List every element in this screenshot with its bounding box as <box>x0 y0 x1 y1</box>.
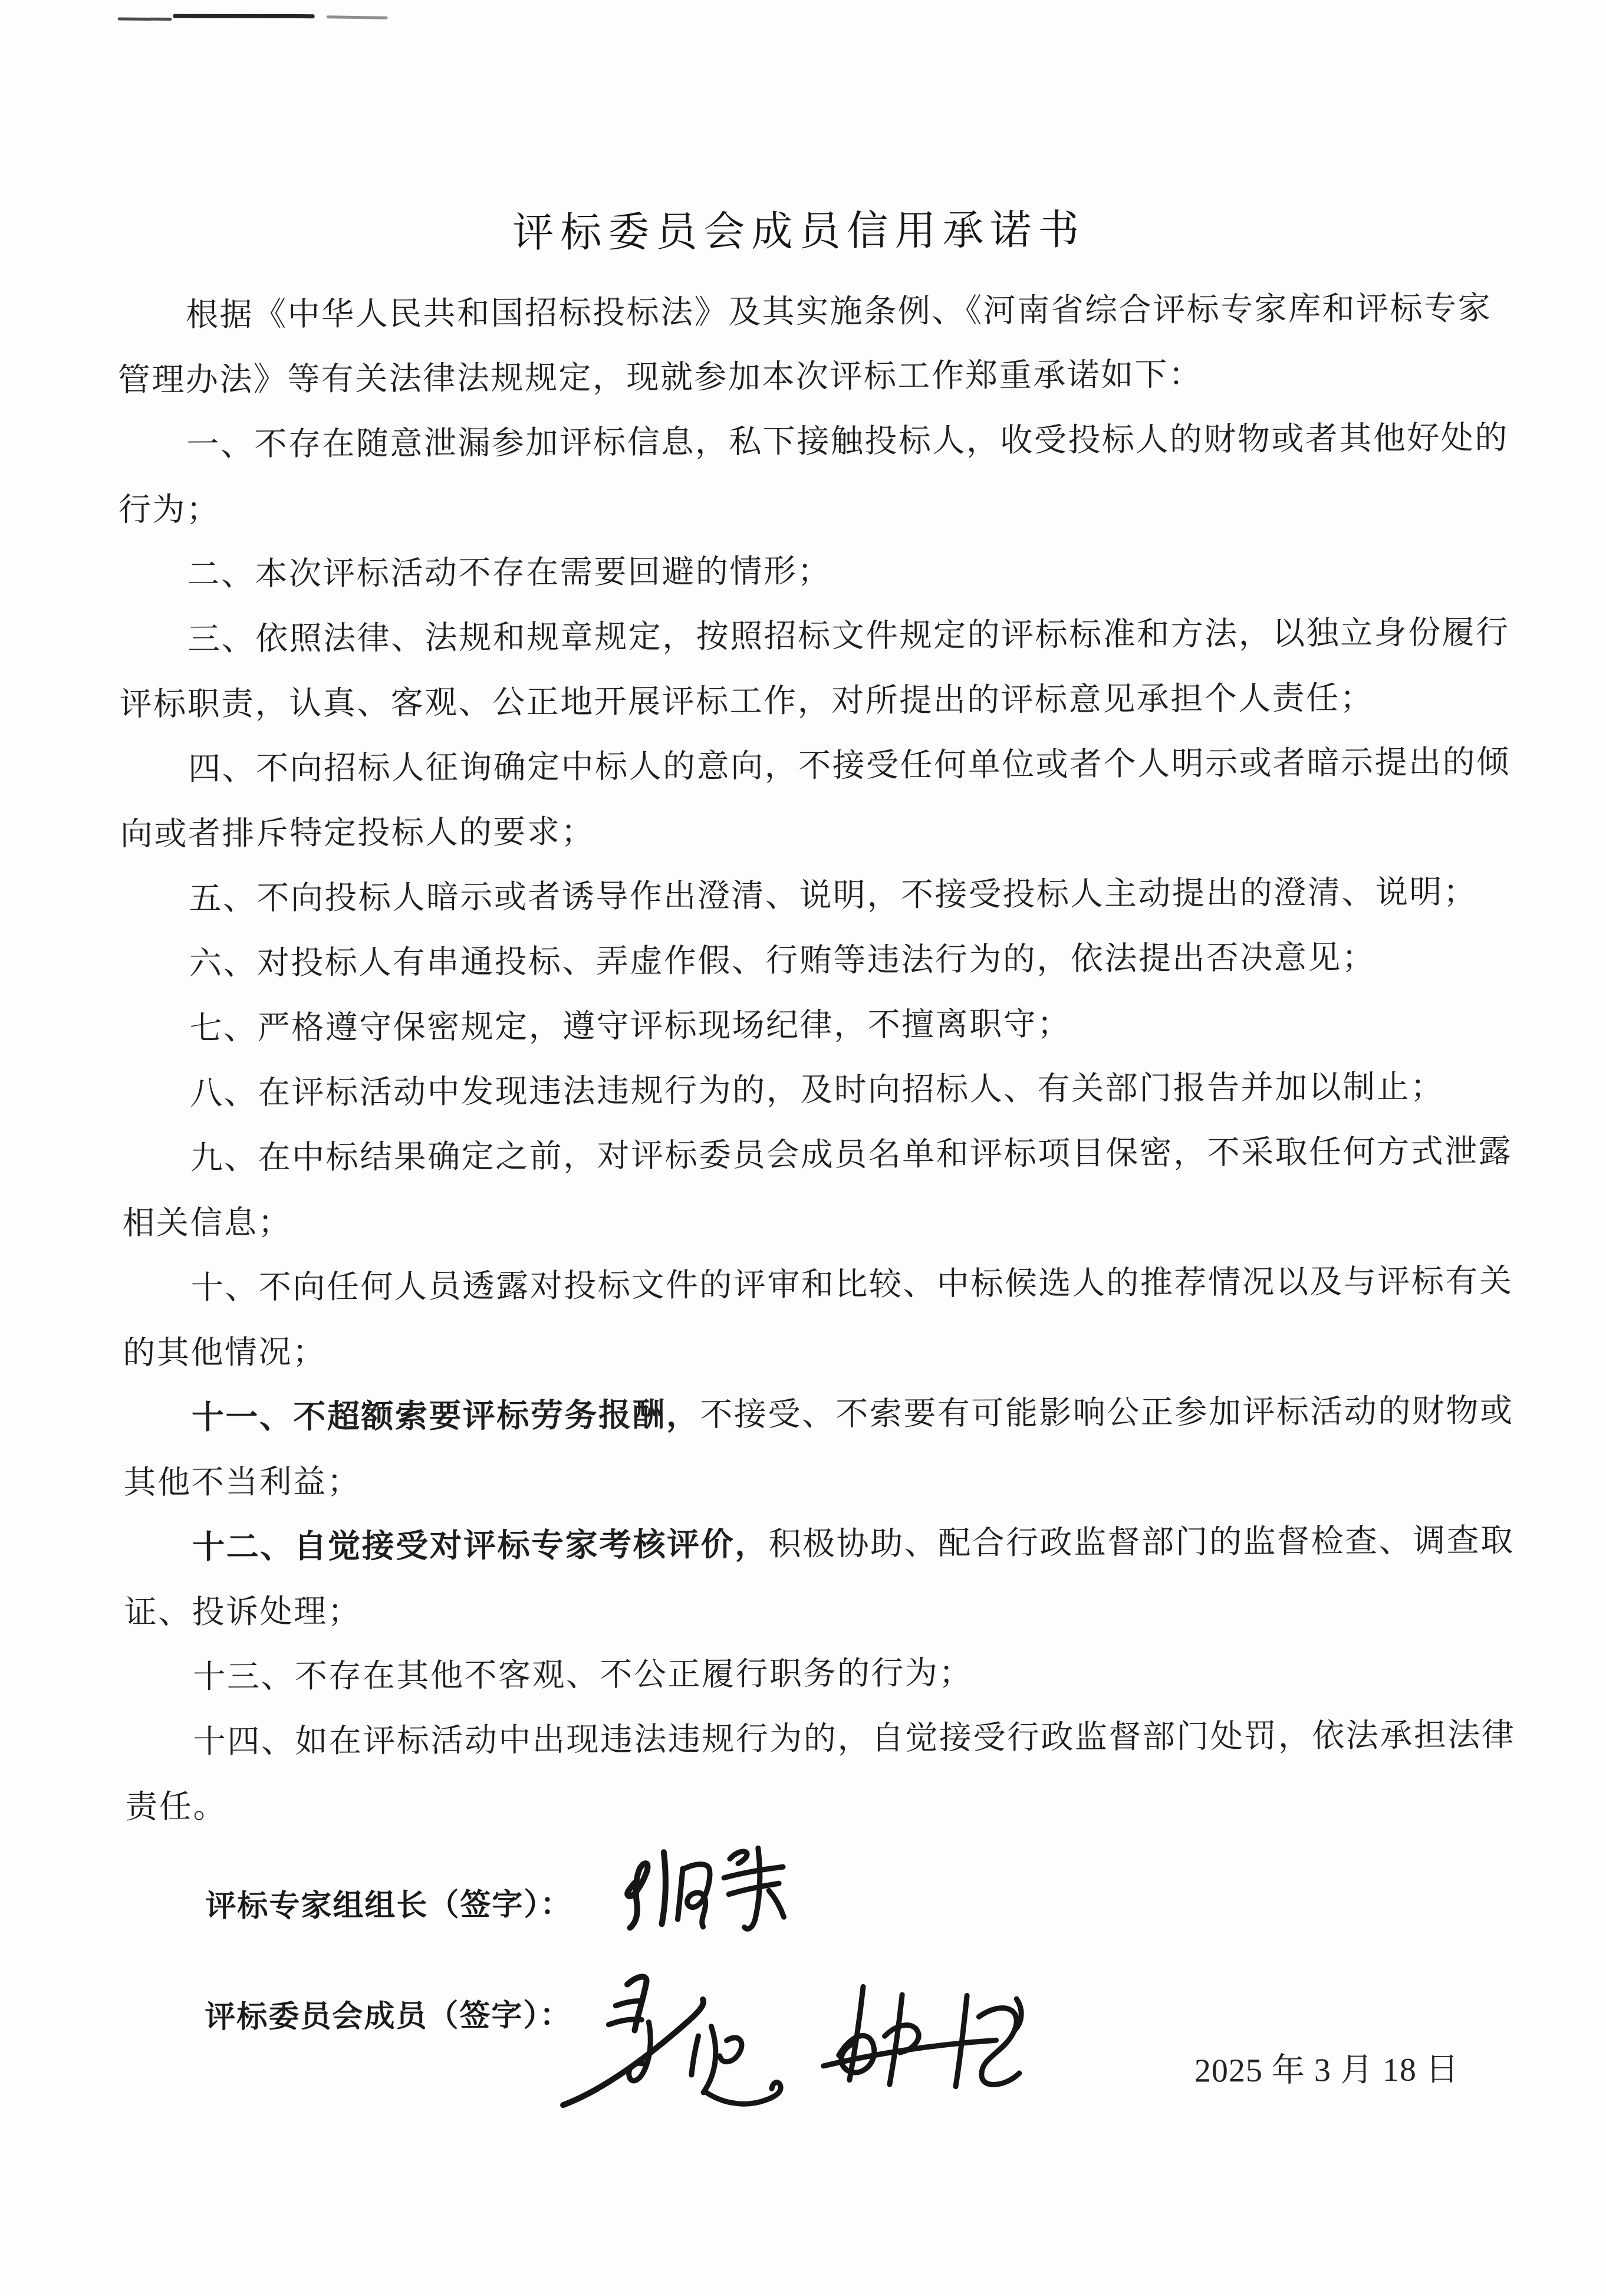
body-text: 八、在评标活动中发现违法违规行为的，及时向招标人、有关部门报告并加以制止； <box>190 1068 1444 1111</box>
body-line: 七、严格遵守保密规定，遵守评标现场纪律，不擅离职守； <box>121 989 1495 1061</box>
body-line: 十、不向任何人员透露对投标文件的评审和比较、中标候选人的推荐情况以及与评标有关 <box>123 1249 1497 1321</box>
body-line: 相关信息； <box>122 1184 1496 1256</box>
scan-artifact-line <box>118 18 172 21</box>
body-text: 三、依照法律、法规和规章规定，按照招标文件规定的评标标准和方法，以独立身份履行 <box>187 614 1510 657</box>
body-text: 四、不向招标人征询确定中标人的意向，不接受任何单位或者个人明示或者暗示提出的倾 <box>188 744 1510 787</box>
paper-sheet: 评标委员会成员信用承诺书 根据《中华人民共和国招标投标法》及其实施条例、《河南省… <box>0 0 1606 2296</box>
emphasized-text: 十一、不超额索要评标劳务报酬， <box>192 1397 700 1436</box>
body-text: 九、在中标结果确定之前，对评标委员会成员名单和评标项目保密，不采取任何方式泄露 <box>190 1133 1513 1176</box>
scan-artifact-line <box>327 15 388 19</box>
member-handwritten-signatures <box>557 1961 1047 2167</box>
body-text: 积极协助、配合行政监督部门的监督检查、调查取 <box>769 1522 1515 1563</box>
document-title: 评标委员会成员信用承诺书 <box>0 203 1602 261</box>
body-line: 十四、如在评标活动中出现违法违规行为的，自觉接受行政监督部门处罚，依法承担法律 <box>125 1703 1499 1775</box>
leader-signature-label: 评标专家组组长（签字）： <box>205 1887 572 1925</box>
document-body: 根据《中华人民共和国招标投标法》及其实施条例、《河南省综合评标专家库和评标专家管… <box>117 276 1499 1840</box>
scan-content: 评标委员会成员信用承诺书 根据《中华人民共和国招标投标法》及其实施条例、《河南省… <box>0 0 1606 2296</box>
scanned-document-page: { "colors": { "paper": "#fdfdfc", "ink":… <box>0 0 1606 2296</box>
body-text: 十、不向任何人员透露对投标文件的评审和比较、中标候选人的推荐情况以及与评标有关 <box>191 1263 1513 1306</box>
scan-artifact-line <box>173 14 315 18</box>
body-line: 的其他情况； <box>123 1314 1497 1386</box>
body-line: 六、对投标人有串通投标、弄虚作假、行贿等违法行为的，依法提出否决意见； <box>121 925 1495 996</box>
member-signature-label: 评标委员会成员（签字）： <box>205 1998 571 2036</box>
body-text: 证、投诉处理； <box>124 1593 362 1630</box>
body-line: 一、不存在随意泄漏参加评标信息，私下接触投标人，收受投标人的财物或者其他好处的 <box>118 406 1492 478</box>
body-text: 评标职责，认真、客观、公正地开展评标工作，对所提出的评标意见承担个人责任； <box>120 680 1374 722</box>
body-line: 九、在中标结果确定之前，对评标委员会成员名单和评标项目保密，不采取任何方式泄露 <box>121 1119 1496 1191</box>
body-text: 十四、如在评标活动中出现违法违规行为的，自觉接受行政监督部门处罚，依法承担法律 <box>193 1717 1516 1760</box>
body-text: 行为； <box>119 491 221 528</box>
body-text: 向或者排斥特定投标人的要求； <box>120 814 595 852</box>
body-line: 十三、不存在其他不客观、不公正履行职务的行为； <box>124 1638 1499 1710</box>
body-text: 不接受、不索要有可能影响公正参加评标活动的财物或 <box>700 1393 1513 1433</box>
body-text: 五、不向投标人暗示或者诱导作出澄清、说明，不接受投标人主动提出的澄清、说明； <box>189 874 1477 916</box>
document-date: 2025 年 3 月 18 日 <box>1194 2051 1459 2090</box>
body-text: 的其他情况； <box>123 1334 326 1371</box>
body-line: 二、本次评标活动不存在需要回避的情形； <box>119 535 1493 607</box>
body-text: 相关信息； <box>122 1205 292 1242</box>
leader-handwritten-signature <box>612 1833 801 1943</box>
body-line: 三、依照法律、法规和规章规定，按照招标文件规定的评标标准和方法，以独立身份履行 <box>119 600 1493 672</box>
body-text: 根据《中华人民共和国招标投标法》及其实施条例、《河南省综合评标专家库和评标专家 <box>186 290 1492 333</box>
body-line: 根据《中华人民共和国招标投标法》及其实施条例、《河南省综合评标专家库和评标专家 <box>117 276 1492 348</box>
body-line: 责任。 <box>125 1768 1499 1840</box>
body-line: 四、不向招标人征询确定中标人的意向，不接受任何单位或者个人明示或者暗示提出的倾 <box>120 730 1494 802</box>
body-line: 五、不向投标人暗示或者诱导作出澄清、说明，不接受投标人主动提出的澄清、说明； <box>120 860 1495 932</box>
body-line: 管理办法》等有关法律法规规定，现就参加本次评标工作郑重承诺如下： <box>118 341 1492 413</box>
body-line: 向或者排斥特定投标人的要求； <box>120 795 1495 867</box>
body-line: 其他不当利益； <box>123 1443 1498 1515</box>
body-line: 评标职责，认真、客观、公正地开展评标工作，对所提出的评标意见承担个人责任； <box>119 665 1493 737</box>
body-text: 责任。 <box>125 1788 227 1825</box>
body-line: 十一、不超额索要评标劳务报酬，不接受、不索要有可能影响公正参加评标活动的财物或 <box>123 1379 1498 1450</box>
body-text: 其他不当利益； <box>123 1463 361 1501</box>
body-text: 二、本次评标活动不存在需要回避的情形； <box>187 553 831 593</box>
body-line: 证、投诉处理； <box>124 1573 1498 1645</box>
body-line: 行为； <box>119 471 1493 542</box>
body-text: 管理办法》等有关法律法规规定，现就参加本次评标工作郑重承诺如下： <box>118 356 1203 398</box>
body-text: 一、不存在随意泄漏参加评标信息，私下接触投标人，收受投标人的财物或者其他好处的 <box>186 420 1509 463</box>
emphasized-text: 十二、自觉接受对评标专家考核评价， <box>192 1526 769 1565</box>
body-line: 十二、自觉接受对评标专家考核评价，积极协助、配合行政监督部门的监督检查、调查取 <box>124 1508 1498 1580</box>
body-text: 十三、不存在其他不客观、不公正履行职务的行为； <box>193 1655 973 1695</box>
body-text: 七、严格遵守保密规定，遵守评标现场纪律，不擅离职守； <box>189 1006 1071 1047</box>
body-text: 六、对投标人有串通投标、弄虚作假、行贿等违法行为的，依法提出否决意见； <box>189 939 1376 982</box>
body-line: 八、在评标活动中发现违法违规行为的，及时向招标人、有关部门报告并加以制止； <box>121 1054 1496 1126</box>
